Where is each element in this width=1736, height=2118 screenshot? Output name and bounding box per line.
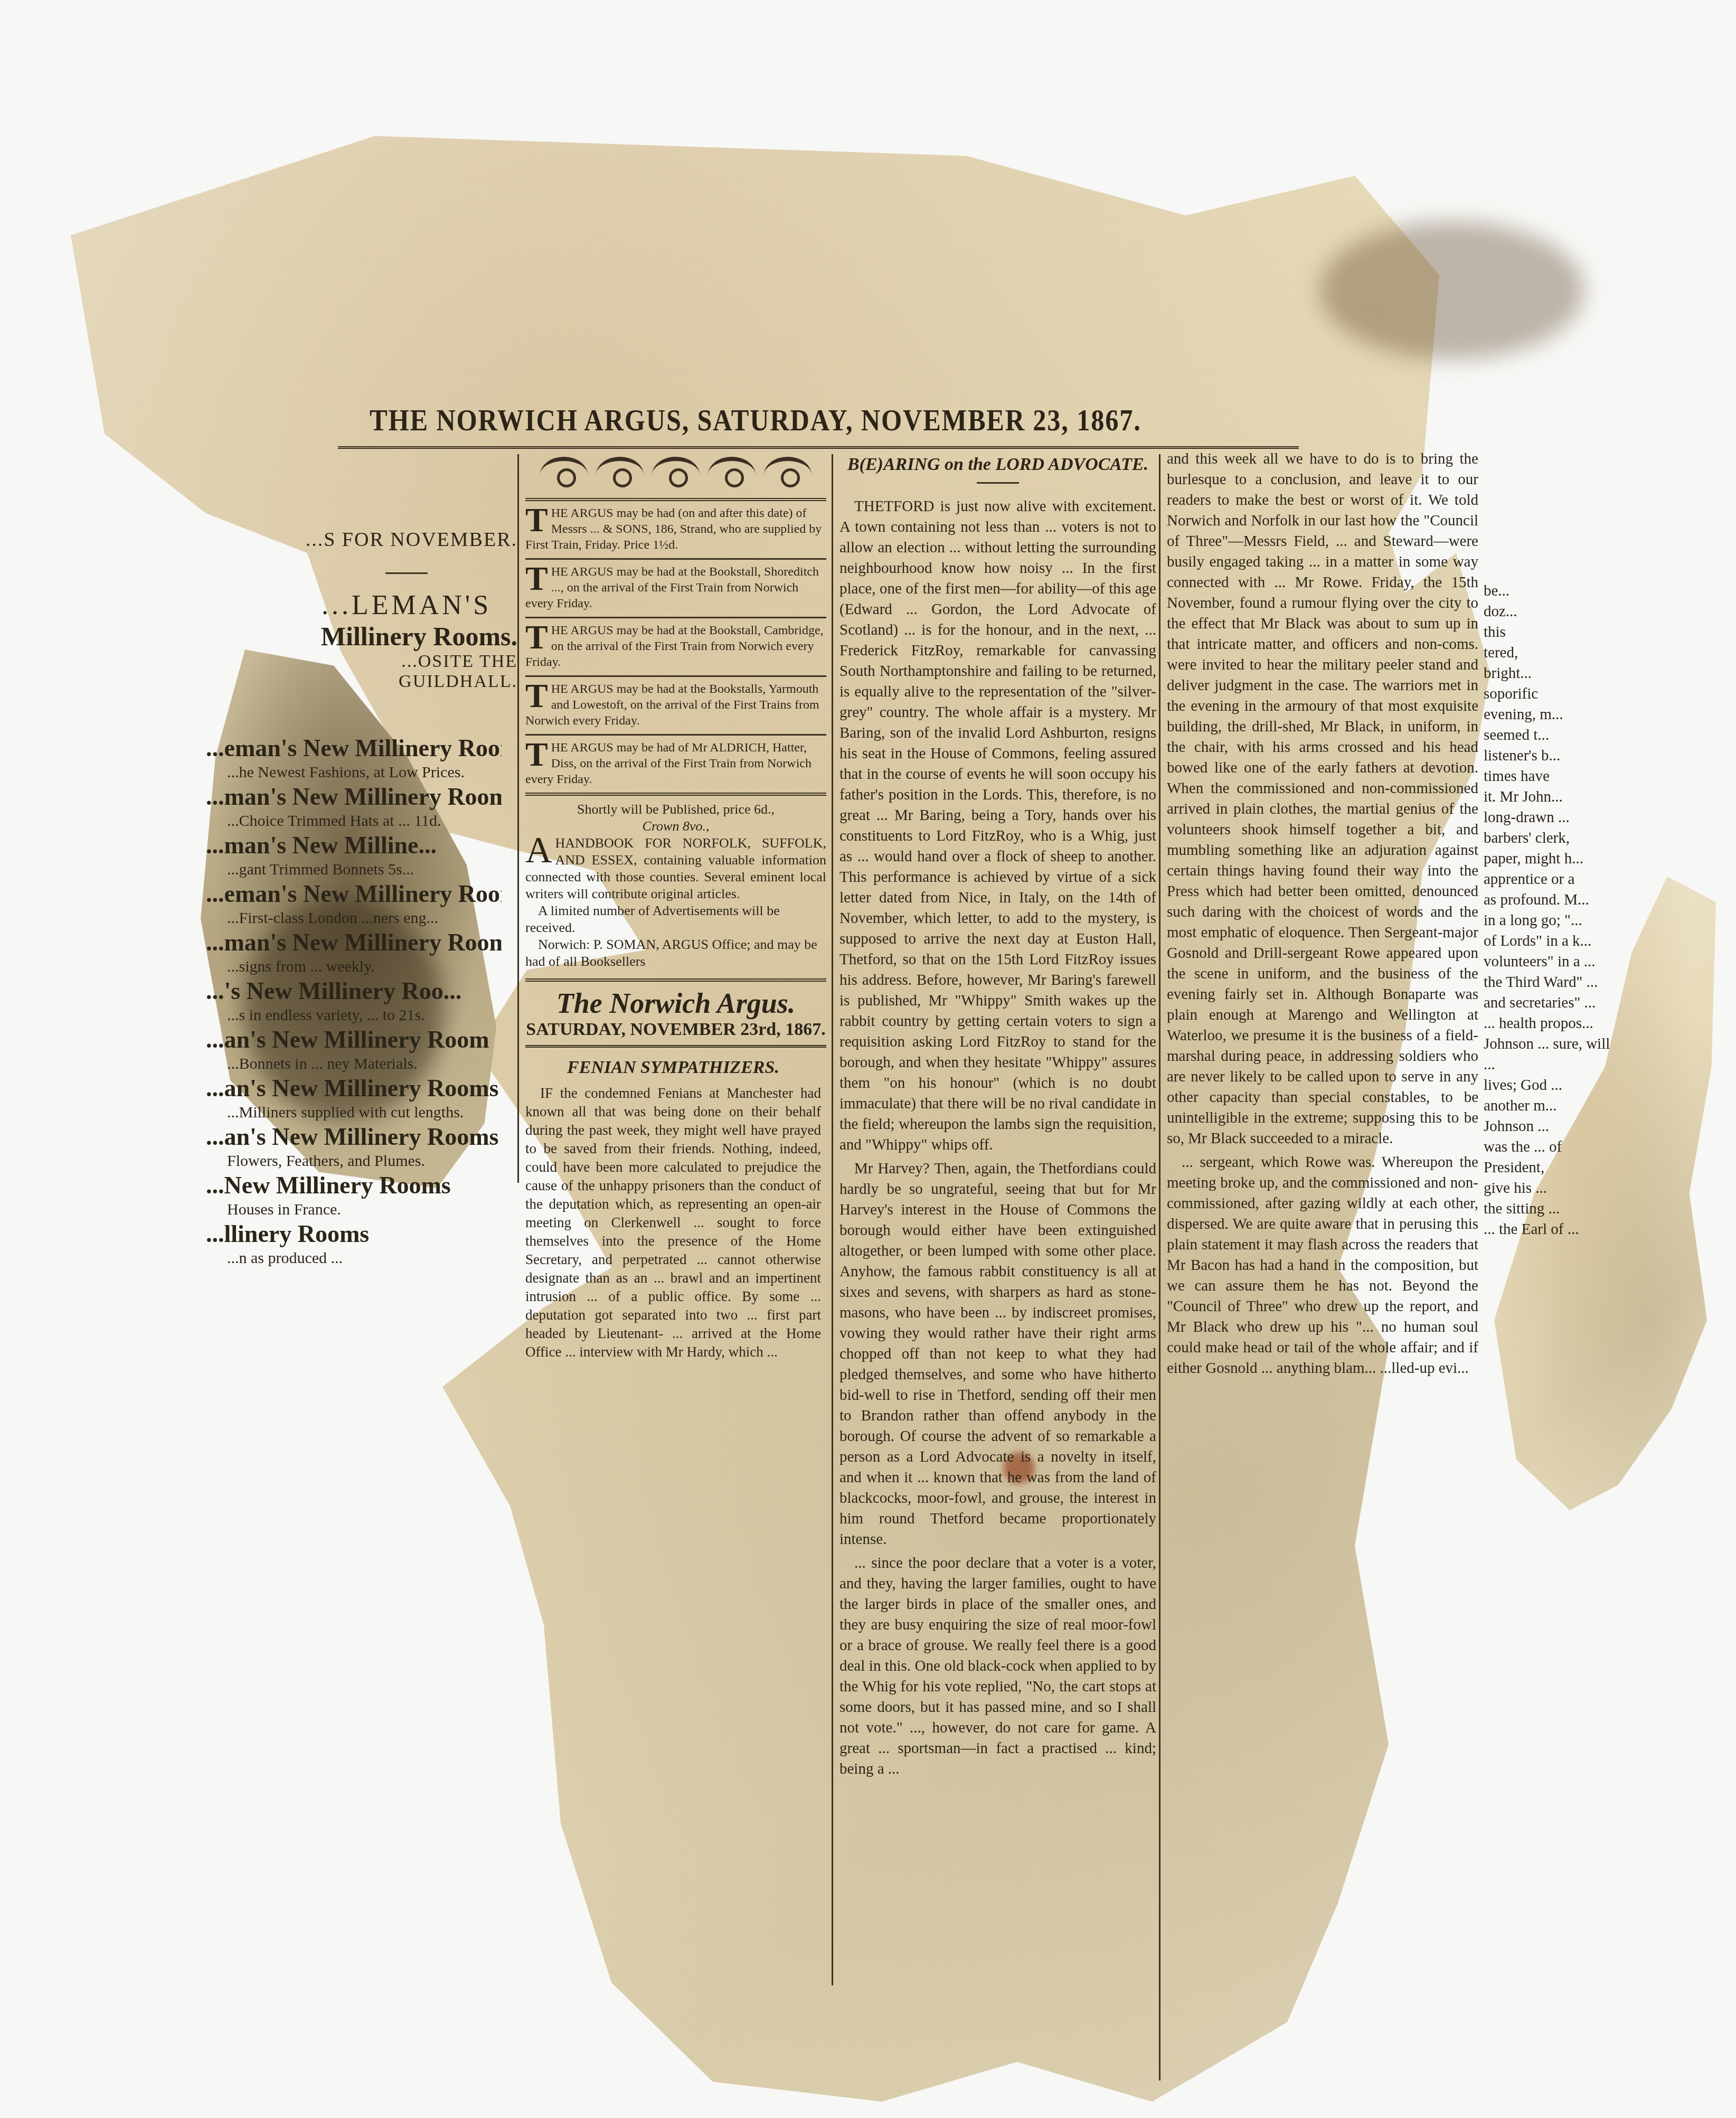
argus-notice: THE ARGUS may be had at the Bookstall, S… (525, 560, 826, 618)
millinery-ad: ...man's New Millinery Rooms...Choice Tr… (206, 783, 502, 831)
short-rule (385, 572, 428, 574)
masthead: THE NORWICH ARGUS, SATURDAY, NOVEMBER 23… (370, 404, 1141, 438)
handbook-ad: Shortly will be Published, price 6d., Cr… (525, 796, 826, 975)
millinery-ad: ...eman's New Millinery Rooms...he Newes… (206, 734, 502, 783)
millinery-ad: ...an's New Millinery Rooms...Milliners … (206, 1074, 502, 1123)
argus-notice: THE ARGUS may be had of Mr ALDRICH, Hatt… (525, 736, 826, 796)
millinery-ad: ...eman's New Millinery Rooms...First-cl… (206, 880, 502, 928)
eye-ornament-icon (540, 457, 588, 493)
argus-notice: THE ARGUS may be had at the Bookstall, C… (525, 618, 826, 677)
argus-notice: THE ARGUS may be had at the Bookstalls, … (525, 677, 826, 736)
masthead-rule (338, 446, 1299, 449)
council-article: and this week all we have to do is to br… (1167, 449, 1478, 2086)
millinery-ad: ...llinery Rooms...n as produced ... (206, 1220, 502, 1268)
ad-subtitle: Millinery Rooms. (296, 621, 517, 652)
ad-title: ...LEMAN'S (296, 590, 517, 621)
eye-ornament-icon (596, 457, 644, 493)
millinery-ad: ...man's New Millinery Rooms...signs fro… (206, 928, 502, 977)
fenian-article: FENIAN SYMPATHIZERS. IF the condemned Fe… (525, 1058, 821, 1361)
left-column-top: ...S FOR NOVEMBER. ...LEMAN'S Millinery … (296, 528, 517, 692)
millinery-ad: ...New Millinery RoomsHouses in France. (206, 1171, 502, 1220)
millinery-ad: ...an's New Millinery RoomsFlowers, Feat… (206, 1123, 502, 1171)
eye-ornament-icon (708, 457, 756, 493)
ad-location: ...OSITE THE GUILDHALL. (296, 652, 517, 692)
column-divider (517, 454, 519, 1183)
notices-column: THE ARGUS may be had (on and after this … (525, 451, 826, 1364)
eye-ornament-row (525, 451, 826, 501)
argus-notice: THE ARGUS may be had (on and after this … (525, 501, 826, 560)
column-divider (1159, 454, 1161, 2081)
millinery-ad: ...'s New Millinery Roo......s in endles… (206, 977, 502, 1025)
right-fragment-column: be... doz... this tered, bright... sopor… (1484, 581, 1621, 1373)
lord-advocate-article: B(E)ARING on the LORD ADVOCATE. THETFORD… (839, 454, 1156, 2081)
dateline: SATURDAY, NOVEMBER 23rd, 1867. (525, 1020, 826, 1048)
short-rule (977, 482, 1019, 484)
title-rule (525, 978, 826, 987)
lord-advocate-heading: B(E)ARING on the LORD ADVOCATE. (839, 454, 1156, 475)
fenian-heading: FENIAN SYMPATHIZERS. (525, 1058, 821, 1077)
paper-title: The Norwich Argus. (525, 987, 826, 1020)
water-stain (1320, 222, 1584, 359)
eye-ornament-icon (652, 457, 700, 493)
millinery-ad: ...man's New Milline......gant Trimmed B… (206, 831, 502, 880)
eye-ornament-icon (764, 457, 812, 493)
millinery-ads: ...eman's New Millinery Rooms...he Newes… (206, 734, 502, 1268)
column-divider (832, 454, 833, 1985)
millinery-ad: ...an's New Millinery Room...Bonnets in … (206, 1025, 502, 1074)
left-heading: ...S FOR NOVEMBER. (296, 528, 517, 551)
